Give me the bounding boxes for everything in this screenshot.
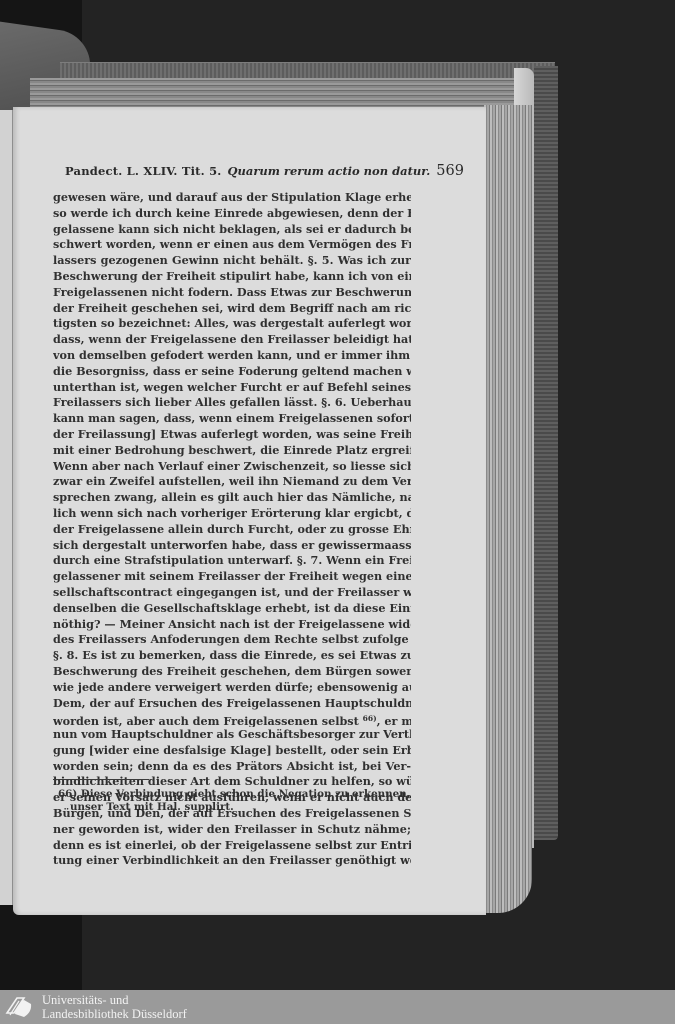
text-line: gelassener mit seinem Freilasser der Fre… (53, 569, 411, 585)
text-line: denselben die Gesellschaftsklage erhebt,… (53, 601, 411, 617)
text-line: der Freigelassene allein durch Furcht, o… (53, 522, 411, 538)
running-head-subtitle: Quarum rerum actio non datur. (227, 164, 430, 178)
text-line: Dem, der auf Ersuchen des Freigelassenen… (53, 696, 411, 712)
text-line: nun vom Hauptschuldner als Geschäftsbeso… (53, 727, 411, 743)
running-head: Pandect. L. XLIV. Tit. 5. Quarum rerum a… (65, 163, 411, 179)
text-line: worden sein; denn da es des Prätors Absi… (53, 759, 411, 775)
text-line: schwert worden, wenn er einen aus dem Ve… (53, 237, 411, 253)
text-line: gelassene kann sich nicht beklagen, als … (53, 222, 411, 238)
text-line: §. 8. Es ist zu bemerken, dass die Einre… (53, 648, 411, 664)
text-line: sich dergestalt unterworfen habe, dass e… (53, 538, 411, 554)
text-line: gewesen wäre, und darauf aus der Stipula… (53, 190, 411, 206)
text-segment: , er möge (377, 714, 411, 727)
text-line: Beschwerung der Freiheit stipulirt habe,… (53, 269, 411, 285)
text-line: lich wenn sich nach vorheriger Erörterun… (53, 506, 411, 522)
text-line: zwar ein Zweifel aufstellen, weil ihn Ni… (53, 474, 411, 490)
text-line: tigsten so bezeichnet: Alles, was derges… (53, 316, 411, 332)
book-cover-right-edge (534, 66, 558, 840)
text-line: mit einer Bedrohung beschwert, die Einre… (53, 443, 411, 459)
text-line: unterthan ist, wegen welcher Furcht er a… (53, 380, 411, 396)
text-line-with-footnote-ref: worden ist, aber auch dem Freigelassenen… (53, 711, 411, 727)
text-line: Beschwerung des Freiheit geschehen, dem … (53, 664, 411, 680)
text-line: ner geworden ist, wider den Freilasser i… (53, 822, 411, 838)
page-number: 569 (430, 163, 464, 179)
text-line: des Freilassers Anfoderungen dem Rechte … (53, 632, 411, 648)
footnote-divider (53, 779, 149, 780)
text-line: Freilassers sich lieber Alles gefallen l… (53, 395, 411, 411)
text-line: von demselben gefodert werden kann, und … (53, 348, 411, 364)
text-line: wie jede andere verweigert werden dürfe;… (53, 680, 411, 696)
text-line: tung einer Verbindlichkeit an den Freila… (53, 853, 411, 869)
text-line: durch eine Strafstipulation unterwarf. §… (53, 553, 411, 569)
previous-page-sliver (0, 110, 13, 905)
text-line: denn es ist einerlei, ob der Freigelasse… (53, 838, 411, 854)
footnote: 66) Diese Verbindung giebt schon die Neg… (58, 788, 413, 814)
text-line: dass, wenn der Freigelassene den Freilas… (53, 332, 411, 348)
text-line: gung [wider eine desfalsige Klage] beste… (53, 743, 411, 759)
text-segment: worden ist, aber auch dem Freigelassenen… (53, 714, 359, 727)
text-line: der Freiheit geschehen sei, wird dem Beg… (53, 301, 411, 317)
text-line: Wenn aber nach Verlauf einer Zwischenzei… (53, 459, 411, 475)
footnote-line: unser Text mit Hal. supplirt. (58, 801, 413, 814)
body-text: gewesen wäre, und darauf aus der Stipula… (53, 190, 411, 869)
running-head-title: Pandect. L. XLIV. Tit. 5. (65, 164, 221, 178)
text-line: sellschaftscontract eingegangen ist, und… (53, 585, 411, 601)
text-line: nöthig? — Meiner Ansicht nach ist der Fr… (53, 617, 411, 633)
text-line: lassers gezogenen Gewinn nicht behält. §… (53, 253, 411, 269)
footnote-marker[interactable]: 66) (363, 714, 377, 723)
institution-name-line1: Universitäts- und (42, 993, 128, 1008)
text-line: kann man sagen, dass, wenn einem Freigel… (53, 411, 411, 427)
text-line: Freigelassenen nicht fodern. Dass Etwas … (53, 285, 411, 301)
text-line: sprechen zwang, allein es gilt auch hier… (53, 490, 411, 506)
text-line: so werde ich durch keine Einrede abgewie… (53, 206, 411, 222)
book-logo-icon[interactable] (4, 995, 34, 1019)
text-line: der Freilassung] Etwas auferlegt worden,… (53, 427, 411, 443)
page-stack-right-edge (484, 105, 532, 913)
institution-name-line2: Landesbibliothek Düsseldorf (42, 1007, 187, 1022)
footnote-line: 66) Diese Verbindung giebt schon die Neg… (58, 788, 413, 801)
text-line: die Besorgniss, dass er seine Foderung g… (53, 364, 411, 380)
